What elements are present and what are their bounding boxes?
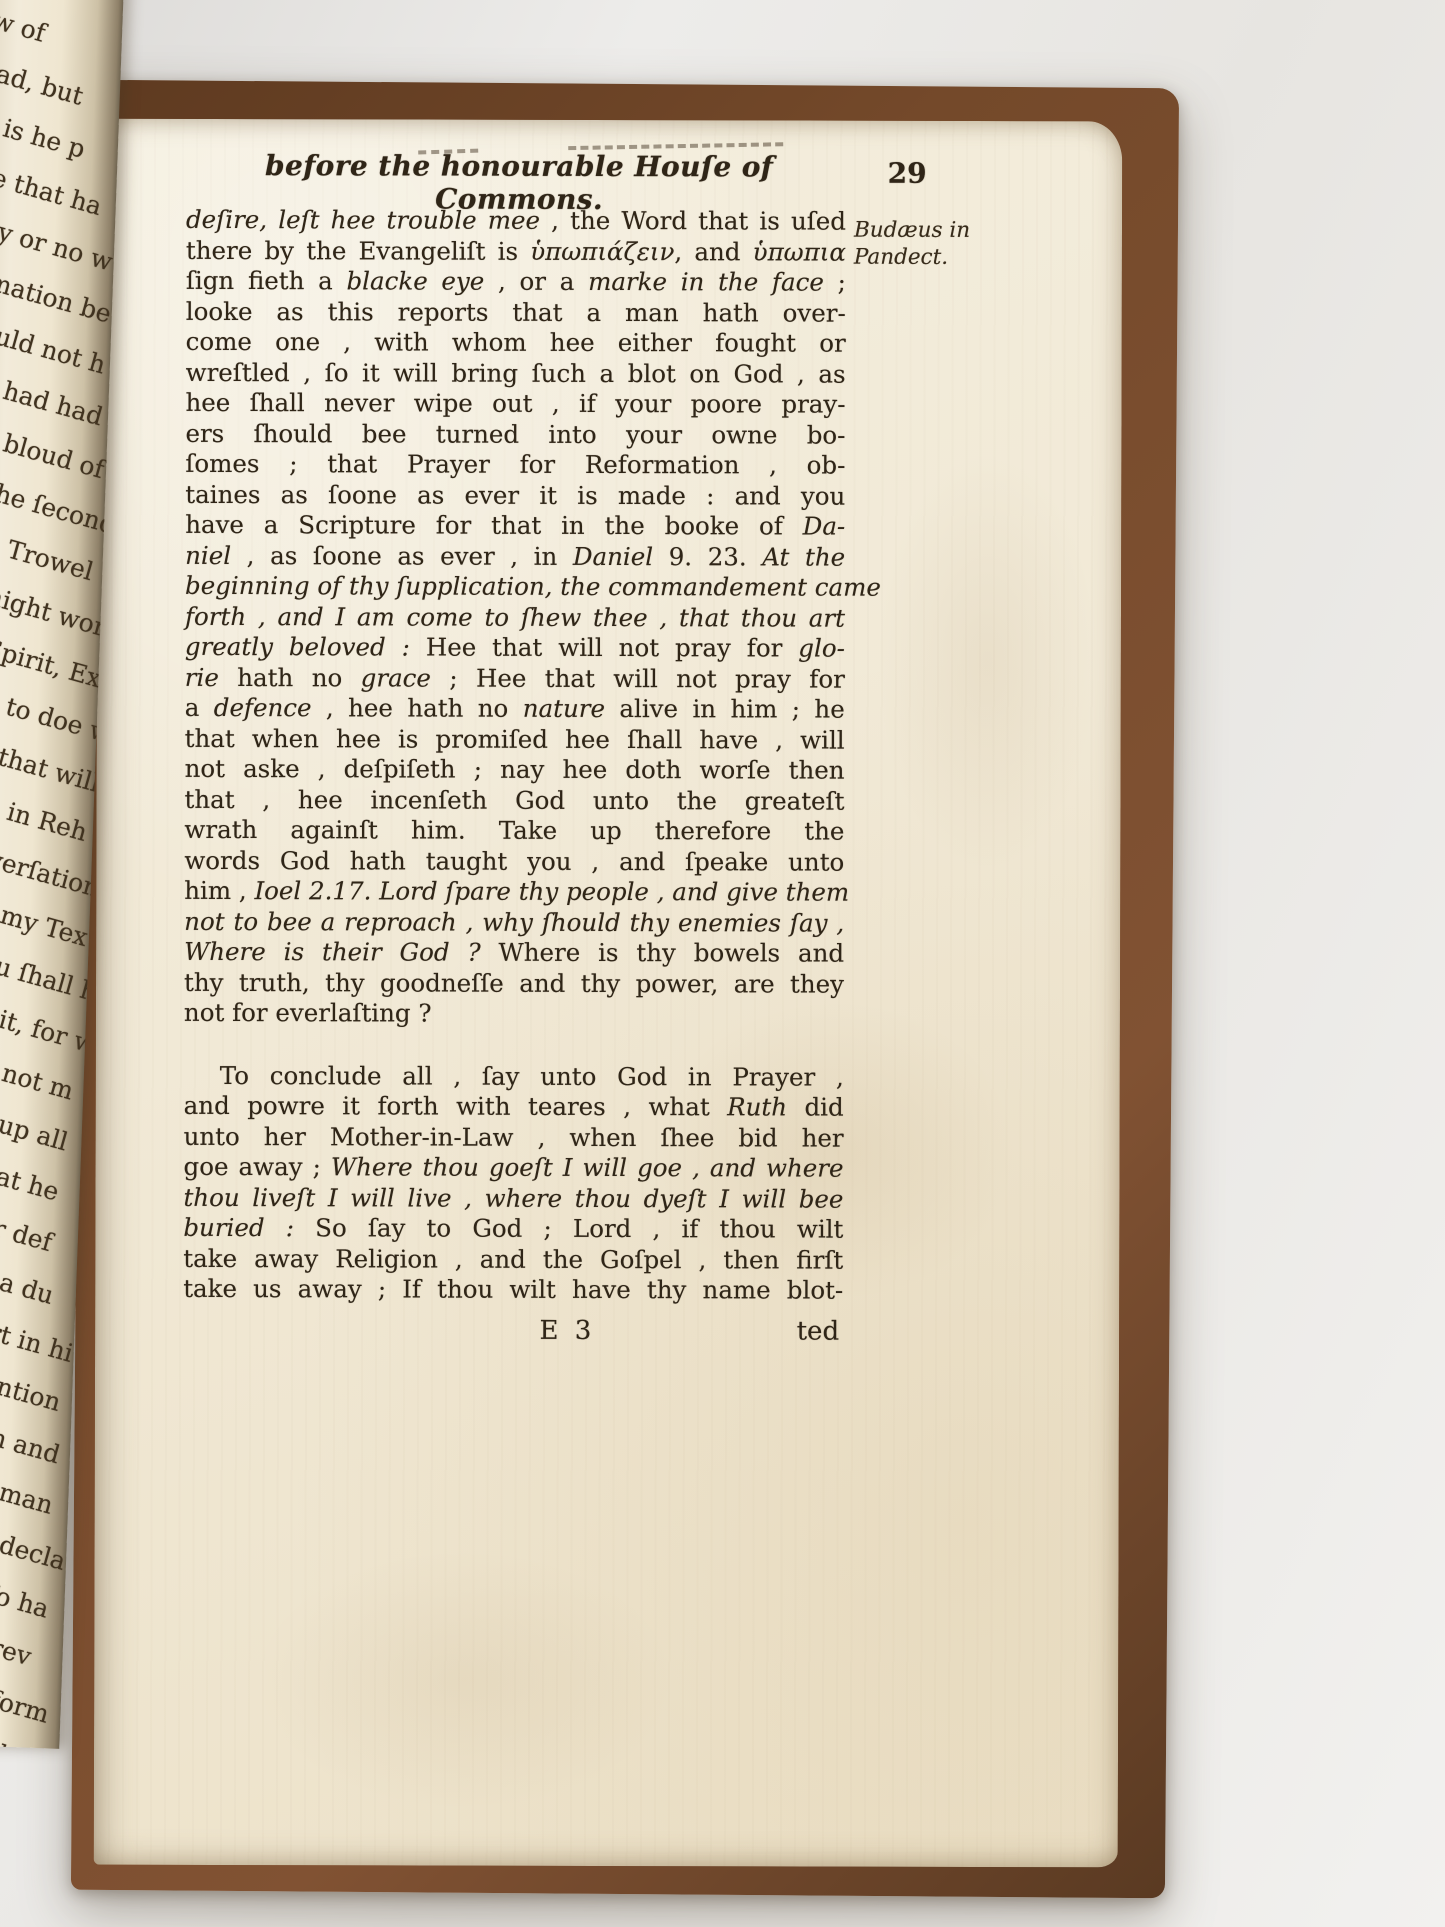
roman-text: Hee that will not pray for [410, 632, 798, 662]
text-line: not to bee a reproach , why ſhould thy e… [184, 906, 844, 938]
roman-text: that , hee incenſeth God unto the greate… [184, 784, 844, 815]
italic-text: beginning of thy ſupplication, the comma… [185, 571, 881, 602]
page-footer: E 3ted [183, 1308, 843, 1356]
text-line: not aske , deſpiſeth ; nay hee doth worſ… [185, 754, 845, 786]
photo-backdrop: before the honourable Houſe of Commons. … [0, 0, 1445, 1927]
roman-text: take away Religion , and the Goſpel , th… [183, 1243, 843, 1274]
text-line: and powre it forth with teares , what Ru… [184, 1091, 844, 1123]
text-line: unto her Mother-in-Law , when ſhee bid h… [184, 1121, 844, 1153]
italic-text: glo- [798, 633, 845, 662]
text-line: beginning of thy ſupplication, the comma… [185, 571, 845, 603]
text-line: thou liveſt I will live , where thou dye… [183, 1182, 843, 1214]
paragraph: deſire, leſt hee trouble mee , the Word … [184, 205, 846, 1030]
body-text: deſire, leſt hee trouble mee , the Word … [183, 205, 846, 1356]
roman-text: ſomes ; that Prayer for Reformation , ob… [185, 449, 845, 480]
text-line: ſign fieth a blacke eye , or a marke in … [186, 266, 846, 298]
text-line: wreſtled , ſo it will bring ſuch a blot … [186, 357, 846, 389]
roman-text: unto her Mother-in-Law , when ſhee bid h… [184, 1121, 844, 1152]
roman-text: thy truth, thy goodneſſe and thy power, … [184, 967, 844, 998]
roman-text: ſign fieth a [186, 266, 347, 295]
italic-text: buried : [183, 1213, 294, 1242]
text-line: take away Religion , and the Goſpel , th… [183, 1243, 843, 1275]
roman-text: have a Scripture for that in the booke o… [185, 510, 803, 541]
italic-text: forth , and I am come to ſhew thee , tha… [185, 601, 845, 632]
text-line: not for everlaſting ? [184, 998, 844, 1030]
text-line: a defence , hee hath no nature alive in … [185, 693, 845, 725]
margin-note: Budæus in Pandect. [854, 217, 1004, 271]
italic-text: deſire, leſt hee trouble mee [186, 205, 540, 235]
roman-text: , and [674, 237, 752, 266]
text-line: hee ſhall never wipe out , if your poore… [186, 388, 846, 420]
roman-text: goe away ; [184, 1152, 331, 1181]
text-line: ers ſhould bee turned into your owne bo- [185, 418, 845, 450]
ink-smudge [568, 142, 783, 150]
roman-text: Where is thy bowels and [481, 938, 845, 968]
roman-text: , hee hath no [311, 693, 522, 723]
text-line: goe away ; Where thou goeſt I will goe ,… [184, 1152, 844, 1184]
text-line: words God hath taught you , and ſpeake u… [184, 845, 844, 877]
page-number: 29 [872, 157, 942, 190]
italic-text: Ioel 2.17. Lord ſpare thy people , and g… [254, 876, 849, 907]
text-line: To conclude all , ſay unto God in Prayer… [184, 1060, 844, 1092]
roman-text: come one , with whom hee either fought o… [186, 327, 846, 358]
italic-text: Where is their God ? [184, 937, 481, 967]
italic-text: not to bee a reproach , why ſhould thy e… [184, 906, 844, 937]
roman-text: So ſay to God ; Lord , if thou wilt [294, 1213, 843, 1243]
text-line: forth , and I am come to ſhew thee , tha… [185, 601, 845, 633]
roman-text: To conclude all , ſay unto God in Prayer… [220, 1060, 844, 1091]
text-line: take us away ; If thou wilt have thy nam… [183, 1274, 843, 1306]
roman-text: 9. 23. [653, 542, 762, 571]
text-line: looke as this reports that a man hath ov… [186, 296, 846, 328]
text-line: wrath againſt him. Take up therefore the [184, 815, 844, 847]
italic-text: At the [762, 542, 845, 571]
text-line: niel , as ſoone as ever , in Daniel 9. 2… [185, 540, 845, 572]
paragraph: To conclude all , ſay unto God in Prayer… [183, 1060, 844, 1306]
roman-text: not for everlaſting ? [184, 998, 432, 1028]
roman-text: that when hee is promiſed hee ſhall have… [185, 723, 845, 754]
roman-text: there by the Evangeliſt is [186, 235, 530, 265]
italic-text: grace [361, 663, 431, 692]
text-line: deſire, leſt hee trouble mee , the Word … [186, 205, 846, 237]
roman-text: , the Word that is uſed [540, 206, 846, 236]
roman-text: wreſtled , ſo it will bring ſuch a blot … [186, 357, 846, 388]
text-line: ſomes ; that Prayer for Reformation , ob… [185, 449, 845, 481]
roman-text: a [185, 693, 214, 722]
catchword: ted [797, 1316, 840, 1346]
text-line: Where is their God ? Where is thy bowels… [184, 937, 844, 969]
italic-text: Where thou goeſt I will goe , and where [331, 1152, 844, 1182]
roman-text: and powre it forth with teares , what [184, 1091, 728, 1121]
italic-text: Da- [803, 512, 846, 541]
text-line: come one , with whom hee either fought o… [186, 327, 846, 359]
roman-text: him , [184, 876, 254, 905]
roman-text: hee ſhall never wipe out , if your poore… [186, 388, 846, 419]
paper-stain [254, 1549, 675, 1810]
roman-text: take us away ; If thou wilt have thy nam… [183, 1274, 843, 1305]
margin-note-line: Budæus in [854, 217, 1004, 244]
roman-text: not aske , deſpiſeth ; nay hee doth worſ… [185, 754, 845, 785]
margin-note-line: Pandect. [854, 244, 1004, 271]
italic-text: Daniel [573, 541, 653, 570]
book-page: before the honourable Houſe of Commons. … [94, 119, 1123, 1868]
italic-text: nature [523, 694, 605, 723]
paper-stain [876, 451, 1097, 872]
text-line: that , hee incenſeth God unto the greate… [184, 784, 844, 816]
text-line: there by the Evangeliſt is ὑπωπιάζειν, a… [186, 235, 846, 267]
italic-text: greatly beloved : [185, 632, 410, 662]
greek-text: ὑπωπιάζειν [530, 236, 674, 265]
roman-text: taines as ſoone as ever it is made : and… [185, 479, 845, 510]
roman-text: wrath againſt him. Take up therefore the [184, 815, 844, 846]
text-line: buried : So ſay to God ; Lord , if thou … [183, 1213, 843, 1245]
text-line: him , Ioel 2.17. Lord ſpare thy people ,… [184, 876, 844, 908]
text-line: rie hath no grace ; Hee that will not pr… [185, 662, 845, 694]
roman-text: , as ſoone as ever , in [231, 541, 573, 571]
roman-text: hath no [219, 662, 361, 691]
roman-text: , or a [484, 267, 588, 296]
italic-text: rie [185, 662, 219, 691]
italic-text: defence [214, 693, 312, 722]
signature-mark: E 3 [539, 1315, 595, 1345]
roman-text: words God hath taught you , and ſpeake u… [184, 845, 844, 876]
roman-text: ; [824, 268, 846, 297]
italic-text: blacke eye [346, 266, 484, 295]
greek-text: ὑπωπια [753, 237, 846, 266]
italic-text: niel [185, 540, 231, 569]
roman-text: looke as this reports that a man hath ov… [186, 296, 846, 327]
italic-text: Ruth [727, 1092, 787, 1121]
text-line: taines as ſoone as ever it is made : and… [185, 479, 845, 511]
roman-text: ers ſhould bee turned into your owne bo- [185, 418, 845, 449]
italic-text: thou liveſt I will live , where thou dye… [183, 1182, 843, 1213]
text-line: thy truth, thy goodneſſe and thy power, … [184, 967, 844, 999]
roman-text: alive in him ; he [605, 694, 845, 724]
text-line: that when hee is promiſed hee ſhall have… [185, 723, 845, 755]
italic-text: marke in the face [588, 267, 824, 297]
roman-text: did [787, 1092, 844, 1121]
roman-text: ; Hee that will not pray for [431, 663, 845, 693]
text-line: greatly beloved : Hee that will not pray… [185, 632, 845, 664]
text-line: have a Scripture for that in the booke o… [185, 510, 845, 542]
